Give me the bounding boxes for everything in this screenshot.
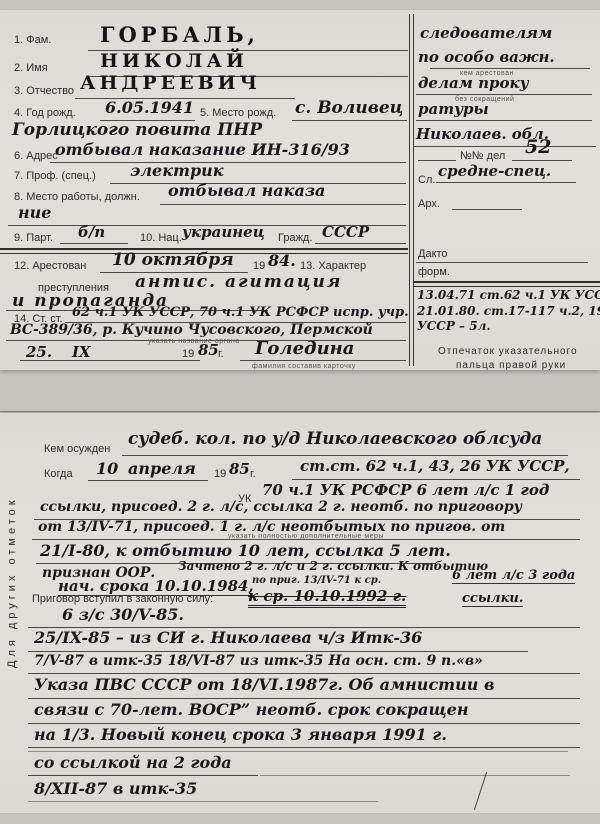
final-transfer: 8/XII-87 в итк-35 [34,779,197,798]
workplace-value: отбывал наказа [168,181,325,200]
patronymic-label: 3. Отчество [14,85,74,97]
sentence-line2: ссылки, присоед. 2 г. л/с, ссылка 2 г. н… [40,499,522,515]
crime-character-label: 13. Характер [300,260,366,272]
signer-name: Голедина [255,338,354,359]
arrested-date-value: 10 октября [112,250,234,270]
profession-label: 7. Проф. (спец.) [14,170,96,182]
birth-year-value: 6.05.1941 [105,98,194,117]
rule [418,160,456,161]
citizenship-label: Гражд. [278,232,312,244]
when-year: 85 [229,460,250,478]
rule [416,94,592,95]
rule [416,120,592,121]
patronymic-value: АНДРЕЕВИЧ [80,72,261,94]
name-label: 2. Имя [14,62,48,74]
sl-label: Сл. [418,174,435,186]
party-value: б/п [78,223,105,241]
rule [28,775,258,776]
birth-place-value: с. Воливец [295,98,403,118]
rule [28,801,378,802]
nationality-value: украинец [182,223,265,241]
arrested-by-line1: следователям [420,24,552,42]
fill-year-g: г. [218,348,224,360]
org-hint: указать название органа [148,338,240,345]
arrested-by-line3: делам проку [418,74,529,92]
when-g: г. [250,468,256,480]
arrested-by-line2: по особо важн. [418,48,555,66]
rule [88,480,208,481]
arrested-by-line4: ратуры [418,100,489,118]
rule [416,262,588,263]
rule [292,120,407,121]
registration-card-front: 1. Фам. ГОРБАЛЬ, 2. Имя НИКОЛАЙ 3. Отчес… [0,10,600,370]
rule [436,182,576,183]
transfer-line1: 25/IX-85 – из СИ г. Николаева ч/з Итк-36 [34,628,422,647]
name-value: НИКОЛАЙ [100,50,248,72]
pen-mark [474,772,487,810]
term-right-2: ссылки. [462,591,523,607]
rule [28,723,580,724]
citizenship-value: СССР [322,223,369,241]
when-month: апреля [128,459,196,478]
rule [160,204,406,205]
birth-year-label: 4. Год рожд. [14,107,76,119]
card-edge [0,411,600,412]
profession-value: электрик [130,161,224,180]
arrested-year-value: 84. [268,251,296,270]
fill-year-value: 85 [198,341,219,359]
transfer-line2: 7/V-87 в итк-35 18/VI-87 из итк-35 На ос… [34,653,483,669]
when-year-prefix: 19 [214,468,226,480]
workplace-label: 8. Место работы, должн. [14,191,140,203]
rule [240,360,406,361]
side-note-vertical: Для других отметок [6,496,18,668]
case-number-label: №№ дел [460,150,505,162]
amnesty-line2: связи с 70-лет. ВОСР” неотб. срок сокращ… [34,700,469,719]
surname-value: ГОРБАЛЬ, [100,22,259,47]
fingerprint-caption-2: пальца правой руки [456,360,566,371]
address-label: 6. Адрес [14,150,58,162]
sentence-line1: 70 ч.1 УК РСФСР 6 лет л/с 1 год [262,481,549,499]
additional-measures-hint: указать полностью дополнительные меры [228,533,384,540]
fill-year-prefix: 19 [182,348,194,360]
birth-place-label: 5. Место рожд. [200,107,276,119]
when-articles: ст.ст. 62 ч.1, 43, 26 УК УССР, [300,457,570,475]
conviction-line3: УССР – 5л. [417,319,491,333]
credited-note: Зачтено 2 г. л/с и 2 г. ссылки. К отбыти… [178,559,488,573]
rule [20,360,200,361]
rule [315,243,406,244]
conviction-line1: 13.04.71 ст.62 ч.1 УК УССР – 5л. [417,288,600,302]
rule [28,673,580,674]
fill-date-day: 25. [26,343,52,361]
arrested-year-prefix: 19 [253,260,265,272]
birth-place-value-2: Горлицкого повита ПНР [12,120,262,140]
term-start-note: по приг. 13/IV-71 к ср. [252,575,381,586]
articles-value: 62 ч.1 УК УССР, 70 ч.1 УК РСФСР испр. уч… [72,305,409,320]
convicted-by-value: судеб. кол. по у/д Николаевского облсуда [128,429,542,449]
conviction-line2: 21.01.80. ст.17-117 ч.2, 190 УК [417,304,600,318]
section-divider [413,281,600,287]
rule [50,162,406,163]
fingerprint-caption-1: Отпечаток указательного [438,346,578,357]
signer-hint: фамилия составив карточку [252,363,356,370]
amnesty-line3: на 1/3. Новый конец срока 3 января 1991 … [34,725,447,744]
legal-force-label: Приговор вступил в законную силу: [32,593,213,605]
amnesty-line1: Указа ПВС СССР от 18/VI.1987г. Об амнист… [34,675,494,694]
exile-note: со ссылкой на 2 года [34,753,232,772]
when-label: Когда [44,468,73,480]
party-label: 9. Парт. [14,232,53,244]
form-label: форм. [418,266,450,278]
fill-date-month: IX [72,343,91,361]
rule [60,243,128,244]
workplace-value-2: ние [18,203,51,222]
address-value: отбывал наказание ИН-316/93 [55,140,350,159]
rule [292,479,580,480]
arch-label: Арх. [418,198,440,210]
rule [28,751,568,752]
convicted-by-label: Кем осужден [44,443,110,455]
struck-end-date: к ср. 10.10.1992 г. [248,587,406,608]
rule [512,160,572,161]
column-divider [409,14,414,366]
dakto-label: Дакто [418,248,448,260]
rule [414,146,596,147]
rule [28,651,528,652]
nationality-label: 10. Нац. [140,232,182,244]
rule [452,209,522,210]
arrested-label: 12. Арестован [14,260,86,272]
entry-zs: 6 з/с 30/V-85. [62,605,184,624]
rule [122,455,568,456]
term-right-1: 6 лет л/с 3 года [452,568,575,584]
rule [260,775,570,776]
crime-character-value: антис. агитация [135,272,342,292]
articles-value-2: ВС-389/36, р. Кучино Чусовского, Пермско… [10,322,373,338]
surname-label: 1. Фам. [14,34,51,46]
rule [28,698,580,699]
rule [430,68,590,69]
registration-card-back: Для других отметок Кем осужден судеб. ко… [0,413,600,813]
sl-value: средне-спец. [438,162,551,180]
rule [28,747,580,748]
scanned-prisoner-card: 1. Фам. ГОРБАЛЬ, 2. Имя НИКОЛАЙ 3. Отчес… [0,0,600,824]
case-number-value: 52 [525,136,551,158]
when-day: 10 [96,459,118,478]
sentence-line4: 21/I-80, к отбытию 10 лет, ссылка 5 лет. [40,541,451,560]
